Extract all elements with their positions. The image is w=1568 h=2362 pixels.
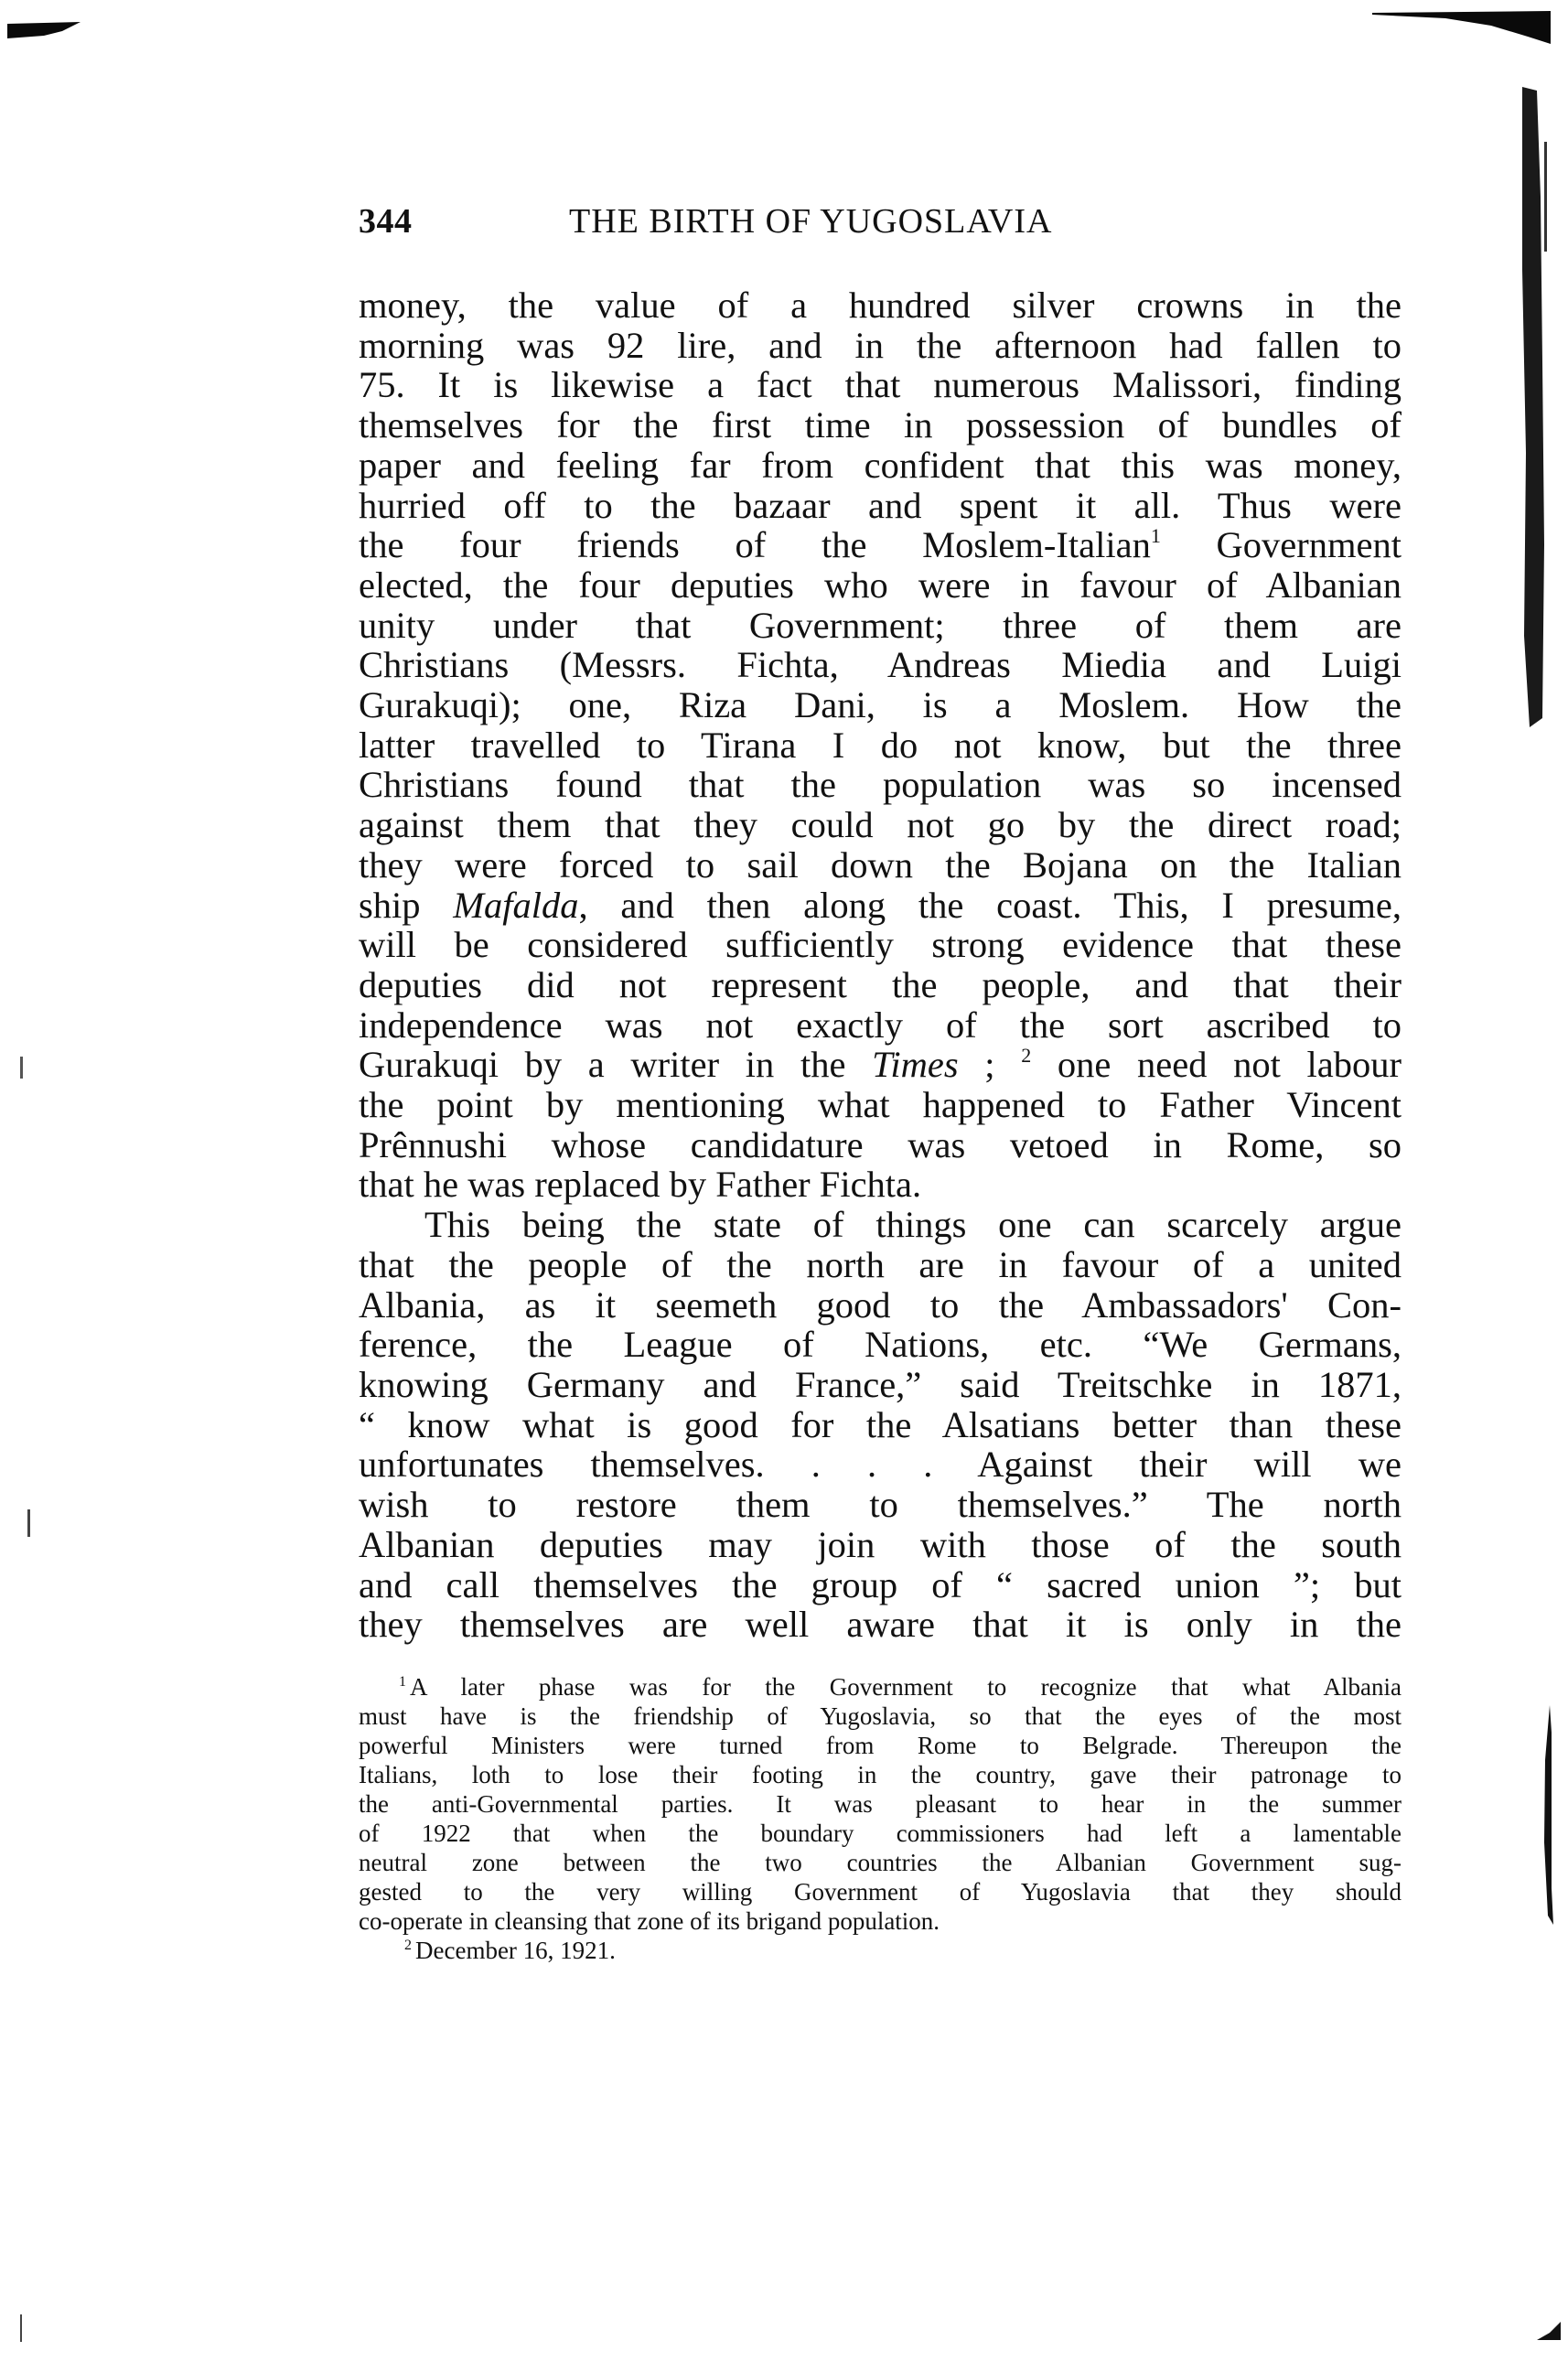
text-line: morning was 92 lire, and in the afternoo…: [359, 326, 1402, 366]
text-line: they were forced to sail down the Bojana…: [359, 845, 1402, 886]
text-segment: Gurakuqi by a writer in the: [359, 1044, 845, 1085]
text-line: Prênnushi whose candidature was vetoed i…: [359, 1125, 1402, 1165]
scan-mark-right-lower: [1542, 1705, 1553, 1925]
text-line: that he was replaced by Father Fichta.: [359, 1165, 1402, 1205]
scan-speck-left-3: [20, 2314, 22, 2342]
text-line: independence was not exactly of the sort…: [359, 1005, 1402, 1046]
newspaper-name-italic: Times: [872, 1044, 959, 1085]
binding-shadow-right: [1517, 87, 1550, 727]
text-line: Gurakuqi); one, Riza Dani, is a Moslem. …: [359, 685, 1402, 725]
scan-speck-left: [20, 1057, 23, 1079]
text-line: ference, the League of Nations, etc. “We…: [359, 1325, 1402, 1365]
text-line: Albanian deputies may join with those of…: [359, 1525, 1402, 1565]
footnote-1: 1A later phase was for the Government to…: [359, 1672, 1402, 1936]
text-line: Christians (Messrs. Fichta, Andreas Mied…: [359, 645, 1402, 685]
scan-corner-bottom-right: [1537, 2322, 1561, 2340]
text-line: wish to restore them to themselves.” The…: [359, 1485, 1402, 1525]
footnote-ref-2[interactable]: 2: [1021, 1044, 1031, 1067]
text-segment: the four friends of the Moslem-Italian: [359, 524, 1151, 565]
text-segment: , and then along the coast. This, I pres…: [579, 885, 1402, 926]
footnote-ref-1[interactable]: 1: [1151, 524, 1161, 547]
text-line: themselves for the first time in possess…: [359, 405, 1402, 446]
text-line: elected, the four deputies who were in f…: [359, 565, 1402, 606]
text-line: latter travelled to Tirana I do not know…: [359, 725, 1402, 766]
text-line: This being the state of things one can s…: [359, 1205, 1402, 1245]
footnote-line: co-operate in cleansing that zone of its…: [359, 1906, 1402, 1936]
scanned-book-page: 344 THE BIRTH OF YUGOSLAVIA money, the v…: [0, 0, 1568, 2362]
page-number: 344: [359, 201, 413, 242]
text-line: and call themselves the group of “ sacre…: [359, 1565, 1402, 1605]
text-segment: one need not labour: [1031, 1044, 1402, 1085]
text-line: Albania, as it seemeth good to the Ambas…: [359, 1285, 1402, 1326]
scan-edge-top-right: [1372, 9, 1551, 46]
body-text: money, the value of a hundred silver cro…: [359, 285, 1402, 1645]
text-segment: ship: [359, 885, 421, 926]
paragraph-1: money, the value of a hundred silver cro…: [359, 285, 1402, 1205]
text-segment: ;: [959, 1044, 995, 1085]
text-segment: Government: [1217, 524, 1402, 565]
footnote-line: 1A later phase was for the Government to…: [359, 1672, 1402, 1702]
text-line: knowing Germany and France,” said Treits…: [359, 1365, 1402, 1405]
footnote-line: the anti-Governmental parties. It was pl…: [359, 1789, 1402, 1819]
footnote-line: must have is the friendship of Yugoslavi…: [359, 1702, 1402, 1731]
footnote-line: Italians, loth to lose their footing in …: [359, 1760, 1402, 1789]
text-line: the point by mentioning what happened to…: [359, 1085, 1402, 1125]
text-line: Gurakuqi by a writer in the Times ; 2 on…: [359, 1045, 1402, 1085]
text-segment: A later phase was for the Government to …: [410, 1673, 1402, 1701]
text-line: deputies did not represent the people, a…: [359, 965, 1402, 1005]
footnote-2: 2December 16, 1921.: [359, 1936, 1402, 1965]
text-line: they themselves are well aware that it i…: [359, 1605, 1402, 1645]
text-line: against them that they could not go by t…: [359, 805, 1402, 845]
text-line: unity under that Government; three of th…: [359, 606, 1402, 646]
text-line: will be considered sufficiently strong e…: [359, 925, 1402, 965]
running-head: 344 THE BIRTH OF YUGOSLAVIA: [359, 201, 1402, 247]
footnote-line: of 1922 that when the boundary commissio…: [359, 1819, 1402, 1848]
footnote-date: December 16, 1921.: [415, 1937, 616, 1964]
text-line: ship Mafalda, and then along the coast. …: [359, 886, 1402, 926]
text-line: “ know what is good for the Alsatians be…: [359, 1405, 1402, 1445]
footnote-line: powerful Ministers were turned from Rome…: [359, 1731, 1402, 1760]
footnote-marker-2: 2: [404, 1938, 412, 1953]
text-line: money, the value of a hundred silver cro…: [359, 285, 1402, 326]
text-line: the four friends of the Moslem-Italian1 …: [359, 525, 1402, 565]
footnotes: 1A later phase was for the Government to…: [359, 1672, 1402, 1965]
footnote-line: gested to the very willing Government of…: [359, 1877, 1402, 1906]
footnote-marker-1: 1: [399, 1674, 406, 1690]
paragraph-2: This being the state of things one can s…: [359, 1205, 1402, 1645]
ship-name-italic: Mafalda: [453, 885, 578, 926]
text-line: hurried off to the bazaar and spent it a…: [359, 486, 1402, 526]
text-line: unfortunates themselves. . . . Against t…: [359, 1444, 1402, 1485]
footnote-line: 2December 16, 1921.: [359, 1936, 1402, 1965]
text-line: paper and feeling far from confident tha…: [359, 446, 1402, 486]
footnote-line: neutral zone between the two countries t…: [359, 1848, 1402, 1877]
text-line: that the people of the north are in favo…: [359, 1245, 1402, 1285]
book-title: THE BIRTH OF YUGOSLAVIA: [569, 201, 1052, 242]
text-line: Christians found that the population was…: [359, 765, 1402, 805]
text-line: 75. It is likewise a fact that numerous …: [359, 365, 1402, 405]
scan-edge-top-left: [7, 22, 81, 40]
scan-speck-left-2: [27, 1509, 30, 1537]
